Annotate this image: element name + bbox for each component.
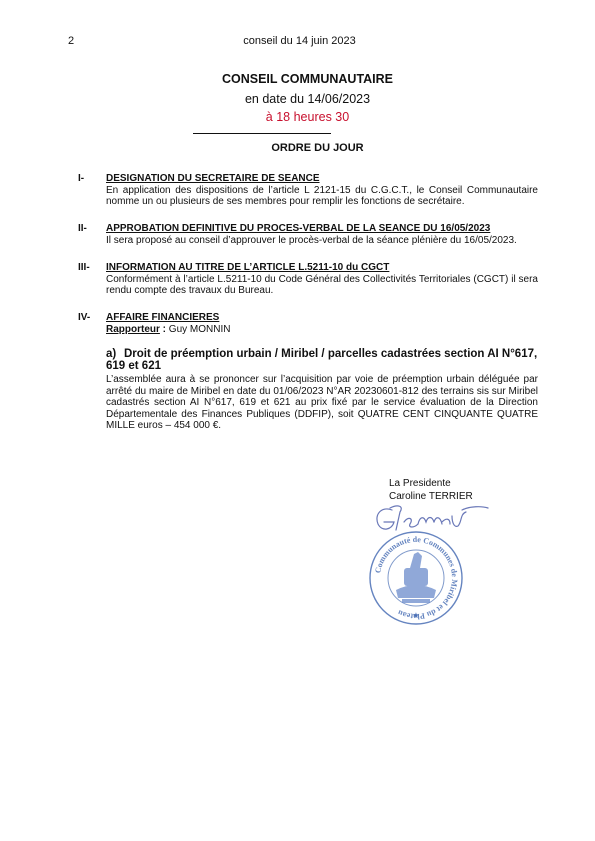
- item-heading: APPROBATION DEFINITIVE DU PROCES-VERBAL …: [106, 223, 538, 235]
- meeting-time: à 18 heures 30: [0, 110, 595, 124]
- agenda-item-4: IV- AFFAIRE FINANCIERES Rapporteur : Guy…: [78, 312, 538, 335]
- item-text: Conformément à l’article L.5211-10 du Co…: [106, 274, 538, 297]
- rapporteur-label: Rapporteur: [106, 324, 160, 335]
- subitem-title: Droit de préemption urbain / Miribel / p…: [106, 348, 537, 372]
- agenda-item-2: II- APPROBATION DEFINITIVE DU PROCES-VER…: [78, 223, 538, 246]
- rapporteur-line: Rapporteur : Guy MONNIN: [106, 324, 538, 336]
- agenda-subitem-a: a)Droit de préemption urbain / Miribel /…: [106, 349, 538, 432]
- item-text: Il sera proposé au conseil d’approuver l…: [106, 235, 538, 247]
- agenda-item-3: III- INFORMATION AU TITRE DE L’ARTICLE L…: [78, 262, 538, 297]
- subitem-text: L’assemblée aura à se prononcer sur l’ac…: [106, 374, 538, 432]
- item-heading: INFORMATION AU TITRE DE L’ARTICLE L.5211…: [106, 262, 538, 274]
- item-number: I-: [78, 173, 106, 185]
- document-title: CONSEIL COMMUNAUTAIRE: [0, 72, 595, 86]
- item-text: En application des dispositions de l’art…: [106, 185, 538, 208]
- item-heading: DESIGNATION DU SECRETAIRE DE SEANCE: [106, 173, 538, 185]
- item-number: IV-: [78, 312, 106, 324]
- meeting-date: en date du 14/06/2023: [0, 92, 595, 106]
- rapporteur-name: Guy MONNIN: [166, 324, 230, 335]
- agenda-title: ORDRE DU JOUR: [0, 142, 595, 154]
- svg-text:★: ★: [412, 611, 419, 620]
- running-header: conseil du 14 juin 2023: [0, 35, 595, 47]
- official-stamp-icon: Communauté de Communes de Miribel et du …: [366, 528, 466, 633]
- agenda-item-1: I- DESIGNATION DU SECRETAIRE DE SEANCE E…: [78, 173, 538, 208]
- subitem-heading: a)Droit de préemption urbain / Miribel /…: [106, 349, 538, 372]
- signatory-role: La Presidente: [389, 477, 451, 490]
- item-number: II-: [78, 223, 106, 235]
- item-heading: AFFAIRE FINANCIERES: [106, 312, 538, 324]
- divider-rule: [193, 133, 331, 134]
- item-number: III-: [78, 262, 106, 274]
